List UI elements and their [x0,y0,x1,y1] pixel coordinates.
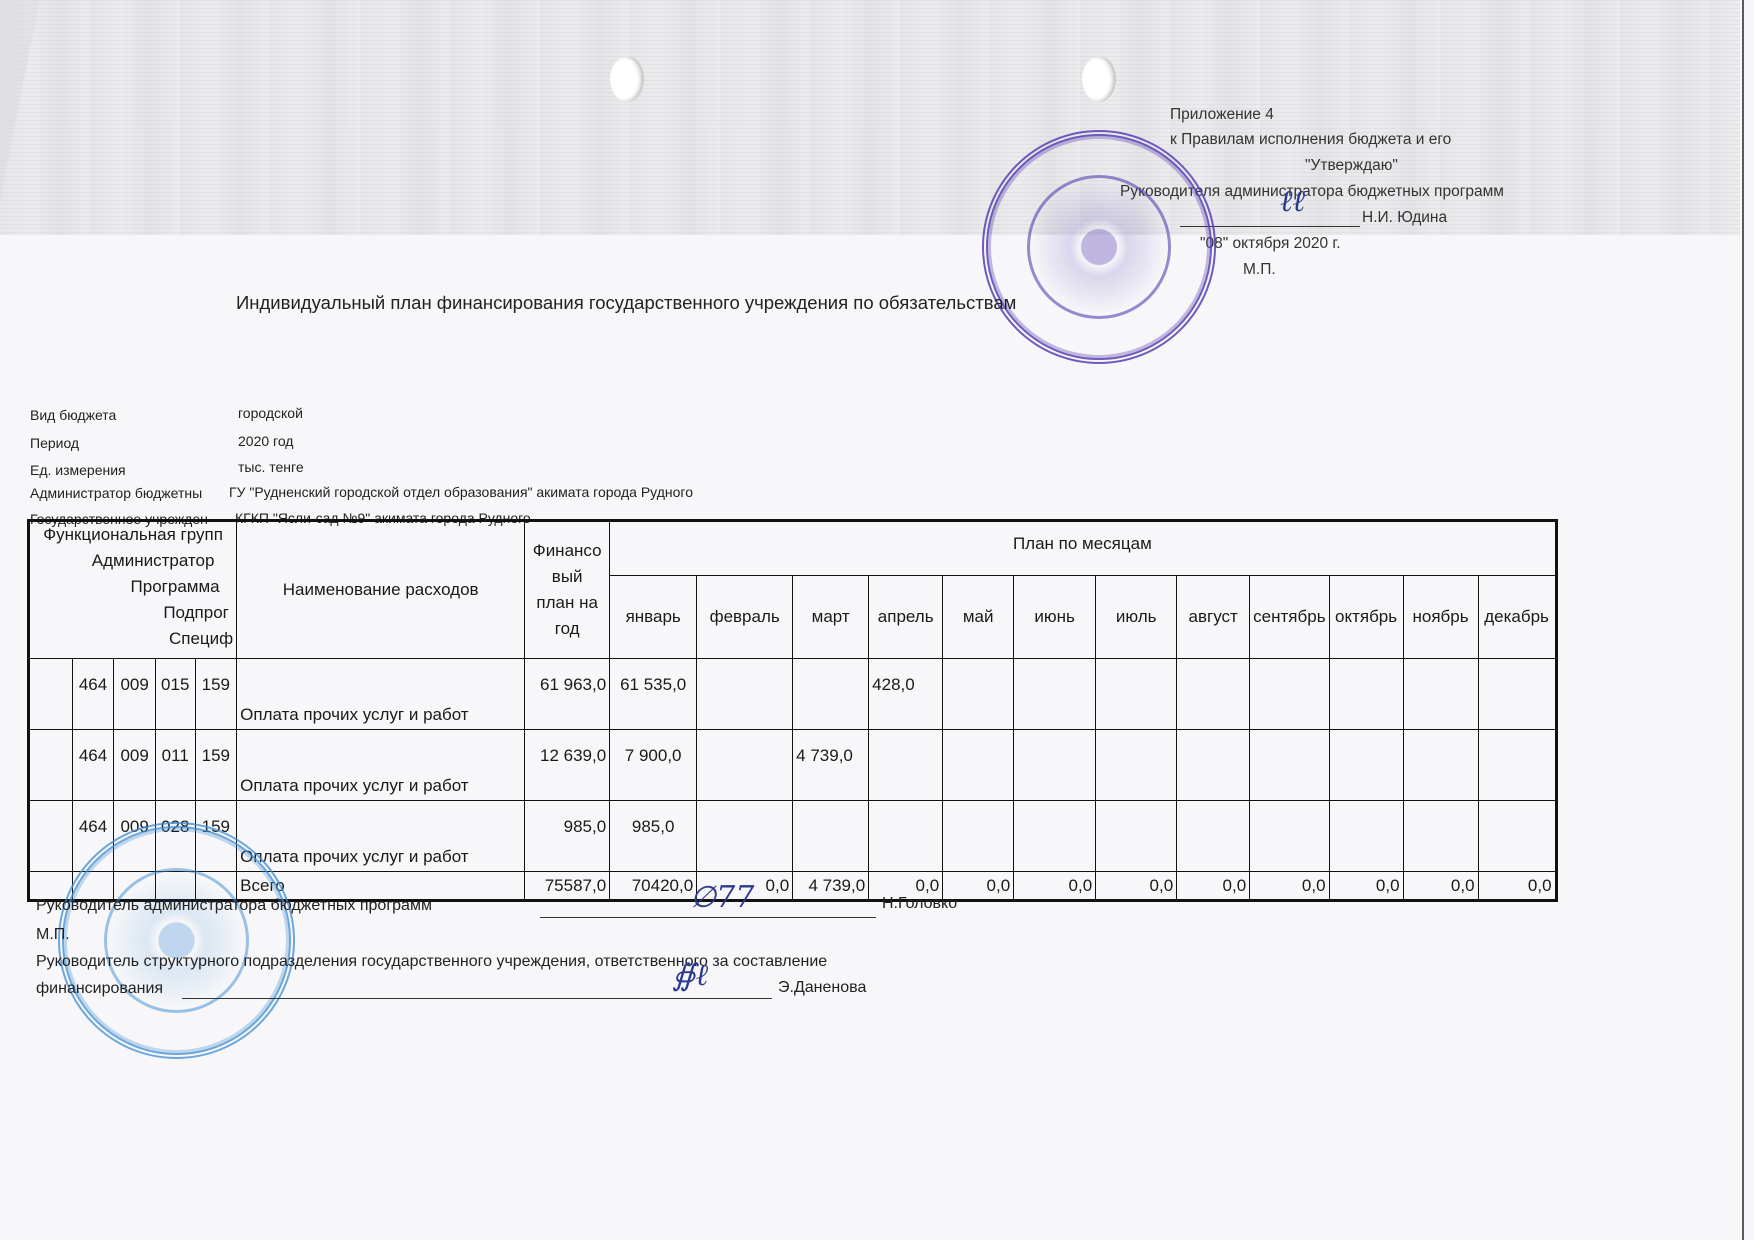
cell-month [1177,730,1250,801]
month-header: сентябрь [1250,576,1329,659]
meta-value-period: 2020 год [238,433,293,449]
total-month: 0,0 [1096,872,1177,901]
meta-label-budget-type: Вид бюджета [30,407,116,423]
cell-annual: 985,0 [525,801,610,872]
month-header: июль [1096,576,1177,659]
cell-expense-name: Оплата прочих услуг и работ [237,801,525,872]
total-month: 4 739,0 [793,872,869,901]
approver-name: Н.И. Юдина [1362,209,1447,227]
approver-signature: ℓℓ [1280,184,1305,219]
total-month: 0,0 [1478,872,1556,901]
signature2-name: Э.Даненова [778,979,866,997]
financing-plan-table: Функциональная групп Администратор Прогр… [27,519,1558,902]
meta-label-period: Период [30,435,79,451]
month-header: апрель [869,576,943,659]
meta-label-unit: Ед. измерения [30,462,126,478]
month-header: январь [610,576,697,659]
month-header: февраль [697,576,793,659]
official-stamp-top [982,130,1216,364]
total-month: 0,0 [1250,872,1329,901]
cell-month [1250,659,1329,730]
meta-label-administrator: Администратор бюджетны [30,485,202,501]
cell-month [1014,659,1096,730]
header-subprogram: Подпрог [33,600,233,626]
approval-seal-label: М.П. [1243,261,1276,279]
cell-month [1403,730,1478,801]
cell-month [1096,730,1177,801]
signature2-mark: ∯ℓ [672,958,708,993]
cell-month [793,659,869,730]
meta-value-budget-type: городской [238,405,303,421]
month-header: ноябрь [1403,576,1478,659]
cell-month: 61 535,0 [610,659,697,730]
cell-month [1478,801,1556,872]
approval-date: "08" октября 2020 г. [1200,235,1341,253]
official-stamp-bottom [58,822,295,1059]
punch-hole-left [610,56,644,102]
cell-specific: 159 [195,659,237,730]
cell-month [1096,801,1177,872]
header-administrator: Администратор [33,548,233,574]
cell-annual: 12 639,0 [525,730,610,801]
header-annual-line-4: год [528,616,606,642]
header-codes: Функциональная групп Администратор Прогр… [29,521,237,659]
rules-label: к Правилам исполнения бюджета и его [1170,131,1451,149]
table-row: 464009011159Оплата прочих услуг и работ1… [29,730,1557,801]
cell-month [869,730,943,801]
cell-month [1250,801,1329,872]
total-annual: 75587,0 [525,872,610,901]
signature2-label-cont: финансирования [36,980,163,998]
cell-specific: 159 [195,730,237,801]
cell-month [1096,659,1177,730]
cell-functional-group [29,730,73,801]
month-header: май [943,576,1014,659]
cell-program: 009 [114,659,156,730]
total-month: 0,0 [1014,872,1096,901]
cell-month [1329,659,1403,730]
cell-subprogram: 015 [155,659,195,730]
meta-value-unit: тыс. тенге [238,459,304,475]
cell-month [1177,659,1250,730]
header-expense-name: Наименование расходов [237,521,525,659]
cell-administrator: 464 [72,659,114,730]
header-annual-plan: Финансо вый план на год [525,521,610,659]
punch-hole-right [1082,56,1116,102]
cell-functional-group [29,659,73,730]
header-annual-line-2: вый [528,564,606,590]
cell-month [697,659,793,730]
month-header: март [793,576,869,659]
total-month: 0,0 [1329,872,1403,901]
cell-annual: 61 963,0 [525,659,610,730]
cell-month: 7 900,0 [610,730,697,801]
signature1-seal: М.П. [36,926,70,944]
cell-month [697,801,793,872]
cell-month: 4 739,0 [793,730,869,801]
cell-month: 985,0 [610,801,697,872]
cell-month [793,801,869,872]
signature1-mark: ∅77 [690,880,754,915]
coat-of-arms-icon [1027,175,1171,319]
signature1-line [540,917,876,918]
cell-month [697,730,793,801]
approve-label: "Утверждаю" [1305,157,1398,175]
signature1-name: Н.Головко [882,895,957,913]
cell-month [1329,730,1403,801]
month-header: июнь [1014,576,1096,659]
cell-month [1403,801,1478,872]
cell-month [1014,730,1096,801]
page-right-edge [1742,0,1744,1240]
cell-month [943,659,1014,730]
cell-month [1478,730,1556,801]
month-header: август [1177,576,1250,659]
appendix-label: Приложение 4 [1170,106,1274,124]
month-header: декабрь [1478,576,1556,659]
signature2-label: Руководитель структурного подразделения … [36,953,827,971]
page-corner-fold [0,0,40,200]
cell-month [943,730,1014,801]
header-annual-line-3: план на [528,590,606,616]
cell-month [869,801,943,872]
header-annual-line-1: Финансо [528,538,606,564]
month-header: октябрь [1329,576,1403,659]
signature1-label: Руководитель администратора бюджетных пр… [36,897,432,915]
meta-value-administrator: ГУ "Рудненский городской отдел образован… [229,484,693,500]
cell-functional-group [29,801,73,872]
total-month: 0,0 [1177,872,1250,901]
cell-month [1250,730,1329,801]
header-functional-group: Функциональная групп [33,522,233,548]
cell-month: 428,0 [869,659,943,730]
cell-month [1177,801,1250,872]
cell-program: 009 [114,730,156,801]
cell-expense-name: Оплата прочих услуг и работ [237,730,525,801]
table-row: 464009015159Оплата прочих услуг и работ6… [29,659,1557,730]
cell-expense-name: Оплата прочих услуг и работ [237,659,525,730]
total-month: 0,0 [1403,872,1478,901]
header-monthly-plan: План по месяцам [610,521,1556,576]
total-month: 70420,0 [610,872,697,901]
cell-subprogram: 011 [155,730,195,801]
header-program: Программа [33,574,233,600]
signature2-line [182,998,772,999]
cell-month [1014,801,1096,872]
cell-month [1478,659,1556,730]
cell-month [1403,659,1478,730]
document-title: Индивидуальный план финансирования госуд… [236,292,1016,314]
cell-month [1329,801,1403,872]
cell-administrator: 464 [72,730,114,801]
header-specific: Специф [33,626,233,652]
cell-month [943,801,1014,872]
